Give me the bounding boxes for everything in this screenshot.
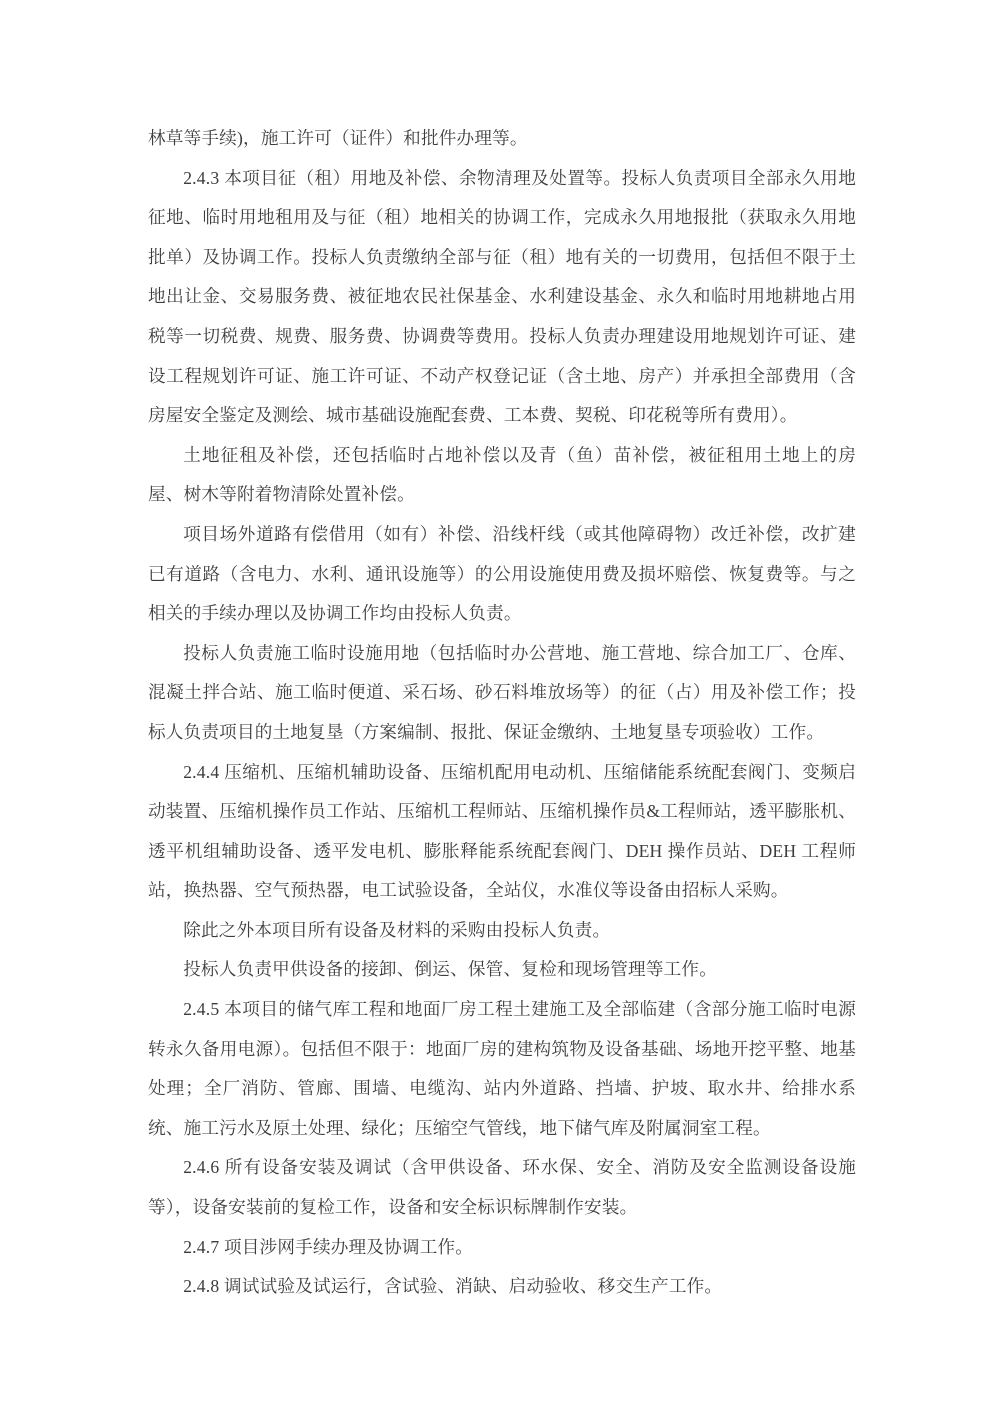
paragraph-2-4-6: 2.4.6 所有设备安装及调试（含甲供设备、环水保、安全、消防及安全监测设备设施…: [148, 1148, 856, 1227]
paragraph-continuation: 林草等手续)，施工许可（证件）和批件办理等。: [148, 119, 856, 159]
paragraph-2-4-3: 2.4.3 本项目征（租）用地及补偿、余物清理及处置等。投标人负责项目全部永久用…: [148, 159, 856, 436]
paragraph-land-compensation: 土地征租及补偿，还包括临时占地补偿以及青（鱼）苗补偿，被征租用土地上的房屋、树木…: [148, 436, 856, 515]
paragraph-owner-supplied-equipment: 投标人负责甲供设备的接卸、倒运、保管、复检和现场管理等工作。: [148, 950, 856, 990]
document-page: 林草等手续)，施工许可（证件）和批件办理等。 2.4.3 本项目征（租）用地及补…: [0, 0, 1000, 1414]
paragraph-other-procurement: 除此之外本项目所有设备及材料的采购由投标人负责。: [148, 911, 856, 951]
paragraph-temp-facilities: 投标人负责施工临时设施用地（包括临时办公营地、施工营地、综合加工厂、仓库、混凝土…: [148, 634, 856, 753]
paragraph-2-4-5: 2.4.5 本项目的储气库工程和地面厂房工程土建施工及全部临建（含部分施工临时电…: [148, 990, 856, 1148]
paragraph-2-4-7: 2.4.7 项目涉网手续办理及协调工作。: [148, 1228, 856, 1268]
document-body: 林草等手续)，施工许可（证件）和批件办理等。 2.4.3 本项目征（租）用地及补…: [148, 119, 856, 1307]
paragraph-2-4-4: 2.4.4 压缩机、压缩机辅助设备、压缩机配用电动机、压缩储能系统配套阀门、变频…: [148, 753, 856, 911]
paragraph-2-4-8: 2.4.8 调试试验及试运行，含试验、消缺、启动验收、移交生产工作。: [148, 1267, 856, 1307]
paragraph-offsite-roads: 项目场外道路有偿借用（如有）补偿、沿线杆线（或其他障碍物）改迁补偿，改扩建已有道…: [148, 515, 856, 634]
